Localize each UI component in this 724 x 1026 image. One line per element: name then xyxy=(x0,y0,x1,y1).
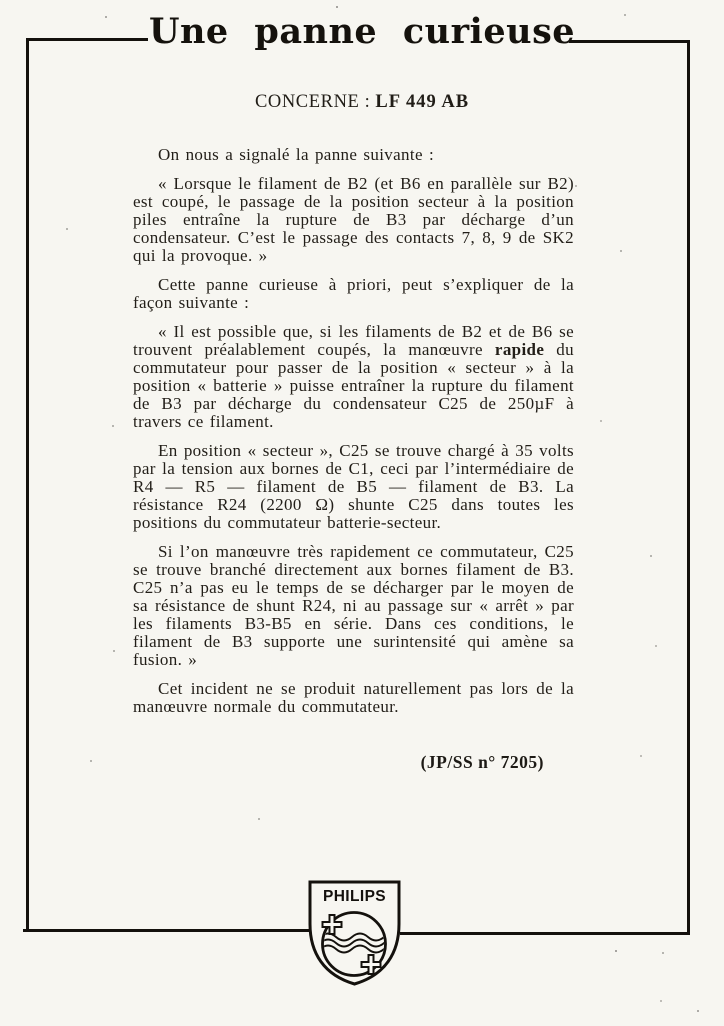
model-reference: LF 449 AB xyxy=(375,92,469,112)
frame-line-right xyxy=(687,40,690,935)
scan-noise xyxy=(0,0,2,2)
philips-wordmark: PHILIPS xyxy=(323,888,386,905)
paragraph-hypothesis: « Il est possible que, si les filaments … xyxy=(133,323,574,431)
paragraph-reported-fault: « Lorsque le filament de B2 (et B6 en pa… xyxy=(133,175,574,265)
concerne-label: CONCERNE : xyxy=(255,92,370,112)
frame-line-bottom-left xyxy=(23,929,309,932)
body-text: On nous a signalé la panne suivante : « … xyxy=(133,146,574,727)
philips-logo: PHILIPS xyxy=(306,879,403,993)
emphasized-word: rapide xyxy=(495,340,544,359)
scanned-bulletin-page: Une panne curieuse CONCERNE :LF 449 AB O… xyxy=(0,0,724,1026)
paragraph-secteur-charge: En position « secteur », C25 se trouve c… xyxy=(133,442,574,532)
paragraph-explanation-intro: Cette panne curieuse à priori, peut s’ex… xyxy=(133,276,574,312)
paragraph-fast-switching: Si l’on manœuvre très rapidement ce comm… xyxy=(133,543,574,669)
frame-line-left xyxy=(26,38,29,932)
page-title: Une panne curieuse xyxy=(0,11,724,52)
concerne-line: CONCERNE :LF 449 AB xyxy=(0,92,724,113)
frame-line-bottom-right xyxy=(400,932,690,935)
reference-number: (JP/SS n° 7205) xyxy=(133,752,574,773)
paragraph-intro: On nous a signalé la panne suivante : xyxy=(133,146,574,164)
paragraph-conclusion: Cet incident ne se produit naturellement… xyxy=(133,680,574,716)
